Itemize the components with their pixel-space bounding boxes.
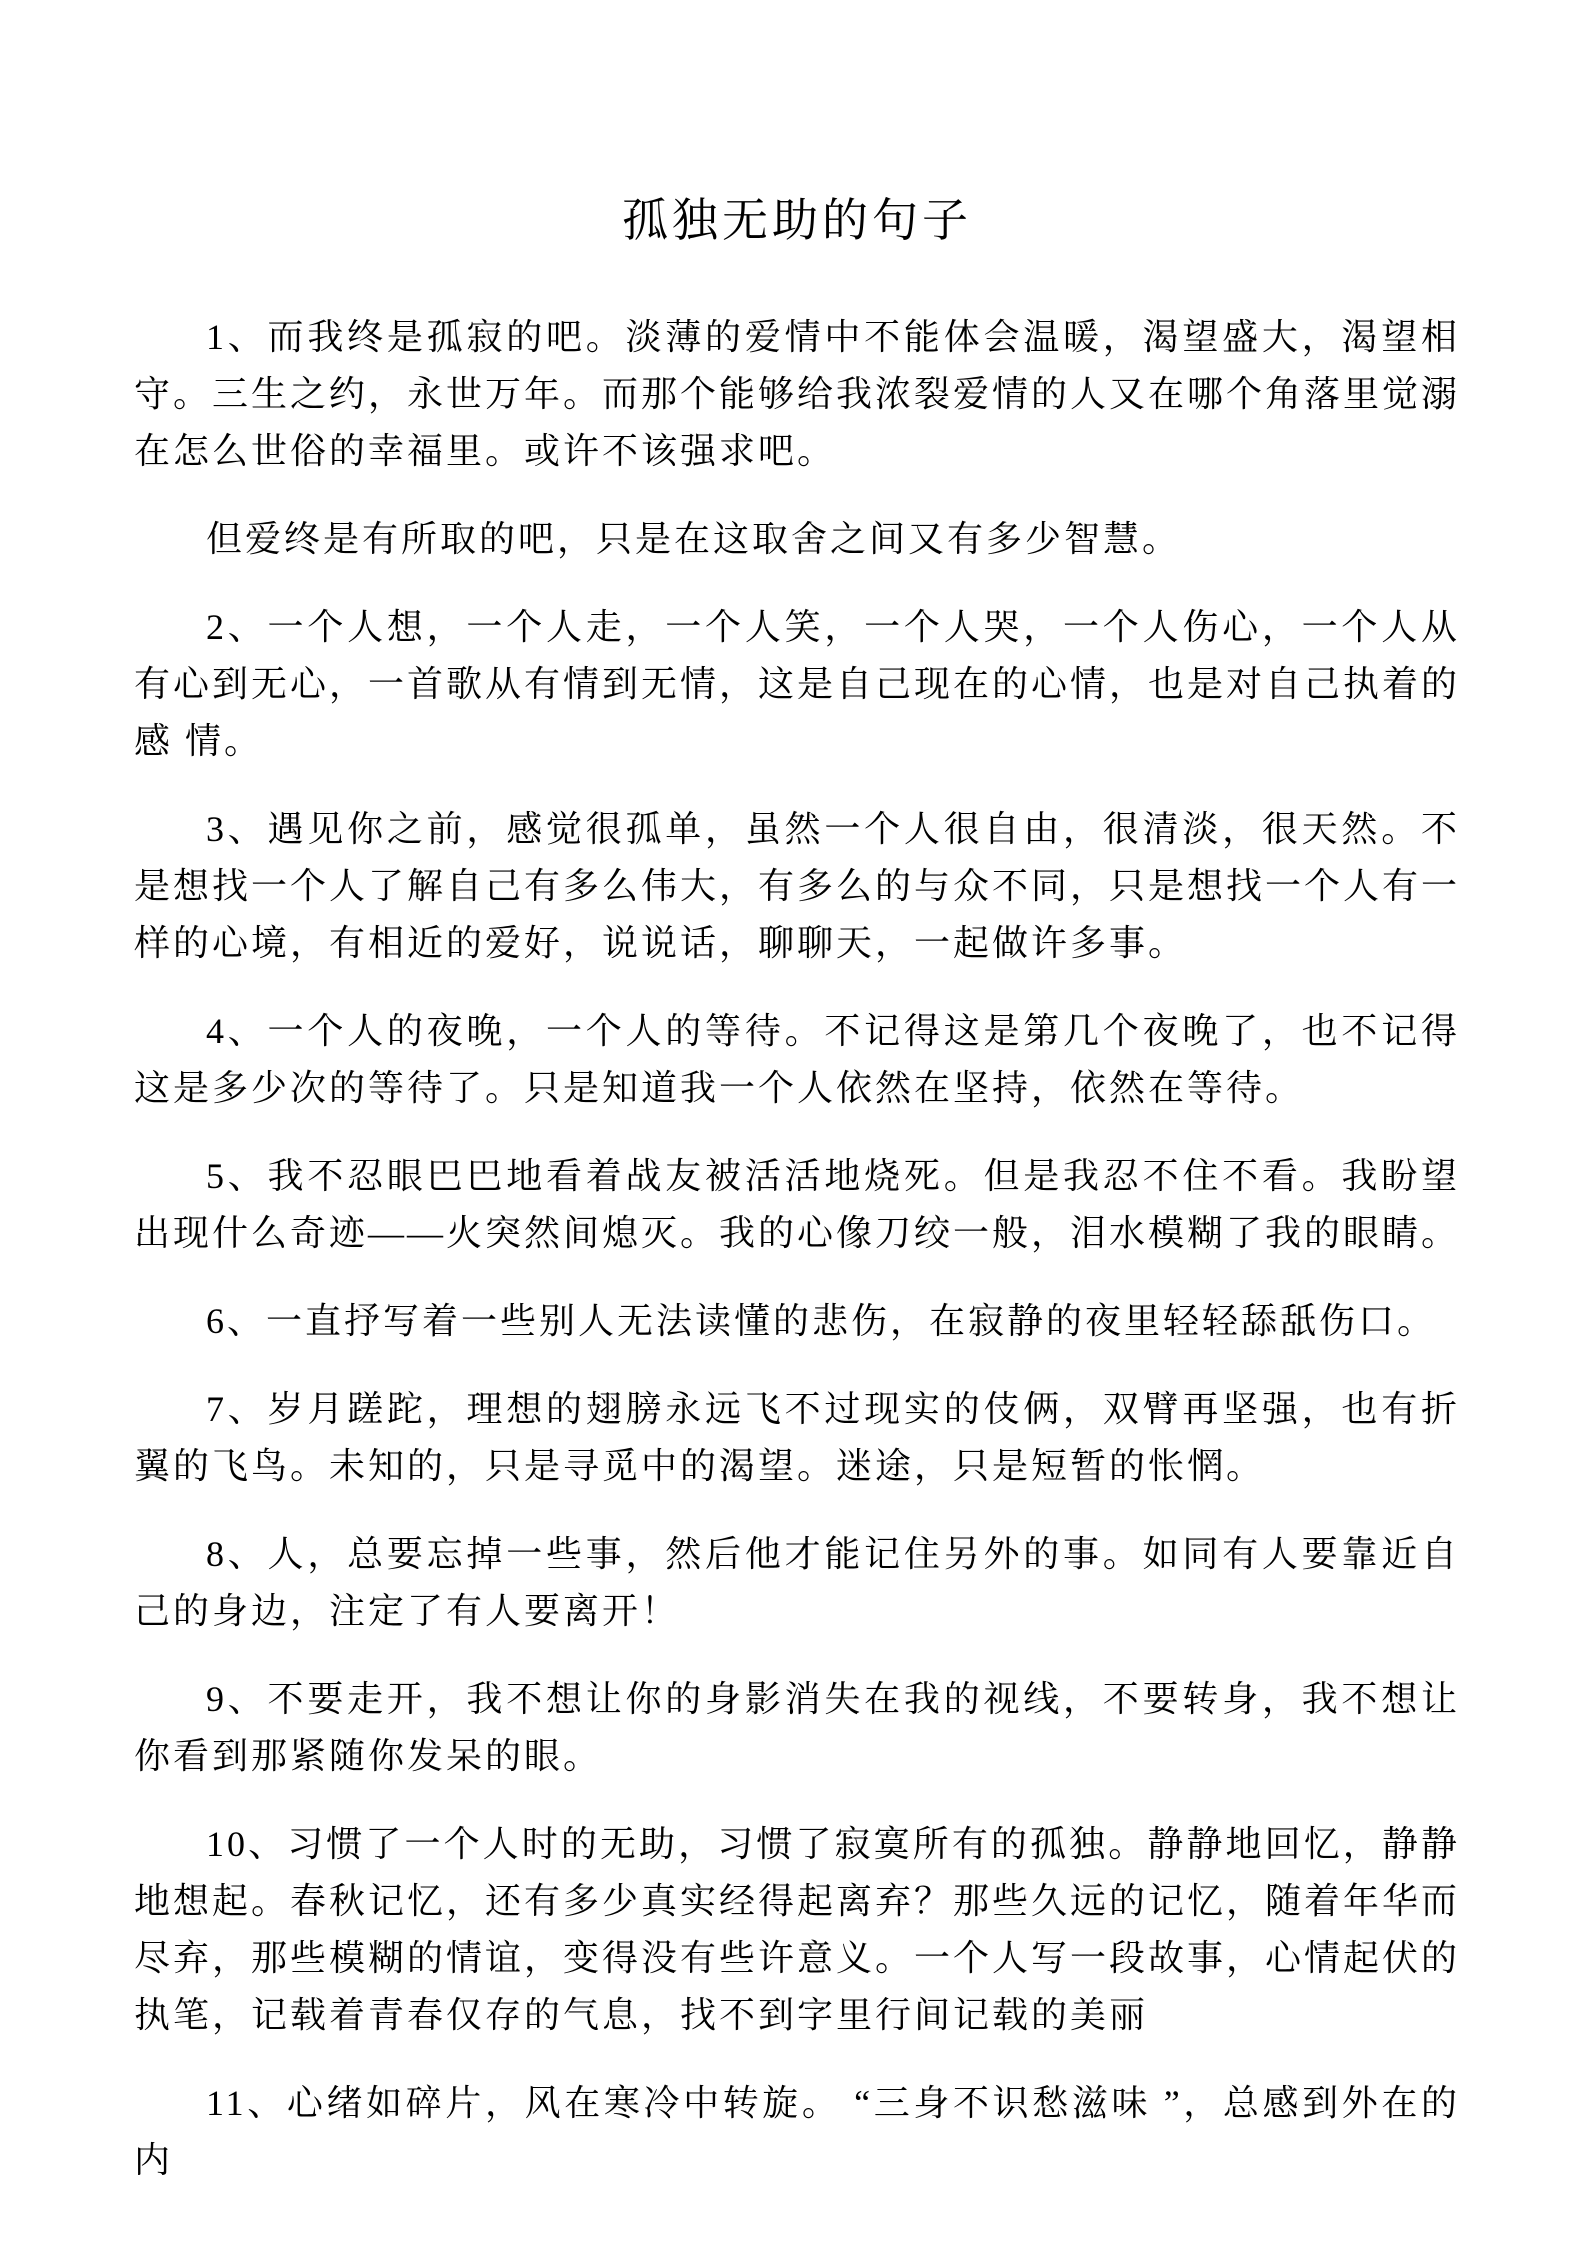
paragraph-12: 11、心绪如碎片，风在寒冷中转旋。 “三身不识愁滋味 ”，总感到外在的内 <box>134 2075 1460 2189</box>
paragraph-9: 8、人，总要忘掉一些事，然后他才能记住另外的事。如同有人要靠近自己的身边，注定了… <box>134 1526 1460 1640</box>
paragraph-1: 1、而我终是孤寂的吧。淡薄的爱情中不能体会温暖，渴望盛大，渴望相守。三生之约，永… <box>134 309 1460 480</box>
paragraph-5: 4、一个人的夜晚，一个人的等待。不记得这是第几个夜晚了，也不记得这是多少次的等待… <box>134 1003 1460 1117</box>
paragraph-10: 9、不要走开，我不想让你的身影消失在我的视线，不要转身，我不想让你看到那紧随你发… <box>134 1671 1460 1785</box>
paragraph-2: 但爱终是有所取的吧，只是在这取舍之间又有多少智慧。 <box>134 511 1460 568</box>
paragraph-7: 6、一直抒写着一些别人无法读懂的悲伤，在寂静的夜里轻轻舔舐伤口。 <box>134 1293 1460 1350</box>
paragraph-4: 3、遇见你之前，感觉很孤单，虽然一个人很自由，很清淡，很天然。不是想找一个人了解… <box>134 801 1460 972</box>
paragraph-6: 5、我不忍眼巴巴地看着战友被活活地烧死。但是我忍不住不看。我盼望出现什么奇迹——… <box>134 1148 1460 1262</box>
paragraph-3: 2、一个人想，一个人走，一个人笑，一个人哭，一个人伤心，一个人从有心到无心，一首… <box>134 599 1460 770</box>
paragraph-8: 7、岁月蹉跎，理想的翅膀永远飞不过现实的伎俩，双臂再坚强，也有折翼的飞鸟。未知的… <box>134 1381 1460 1495</box>
page-title: 孤独无助的句子 <box>134 196 1460 247</box>
document-page: 孤独无助的句子 1、而我终是孤寂的吧。淡薄的爱情中不能体会温暖，渴望盛大，渴望相… <box>0 0 1594 2256</box>
paragraph-11: 10、习惯了一个人时的无助，习惯了寂寞所有的孤独。静静地回忆，静静地想起。春秋记… <box>134 1816 1460 2044</box>
